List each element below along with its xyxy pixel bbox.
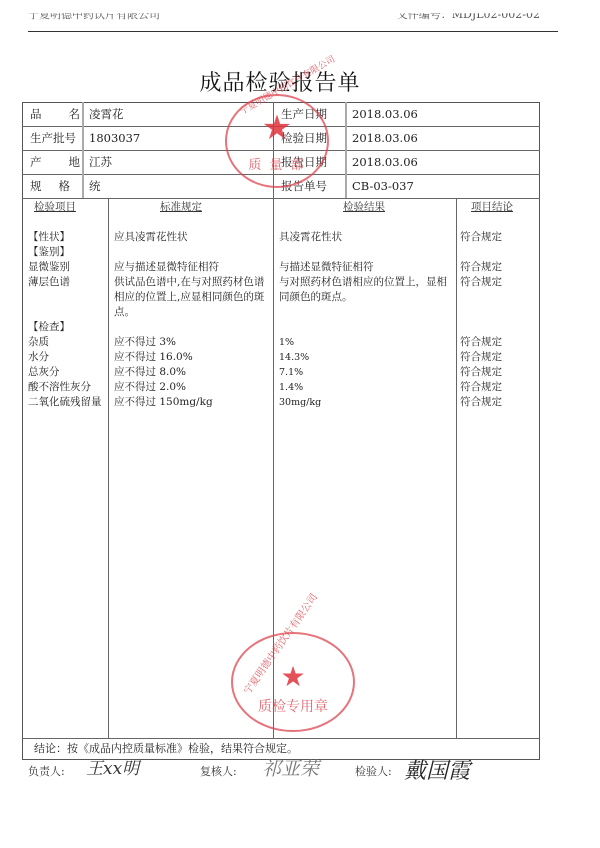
divider [22,198,540,199]
col-header-result: 检验结果 [343,199,385,214]
row-result: 30mg/kg [279,395,447,410]
row-standard [114,245,264,260]
row-result [279,320,447,335]
overall-conclusion: 结论：按《成品内控质量标准》检验，结果符合规定。 [34,740,298,756]
reviewer-signature: 祁亚荣 [262,754,319,781]
responsible-label: 负责人: [28,763,65,779]
row-conclusion [460,290,502,305]
row-result: 14.3% [279,350,447,365]
col-header-item: 检验项目 [34,199,76,214]
col-header-standard: 标准规定 [160,199,202,214]
divider [82,102,84,198]
row-item: 二氧化硫残留量 [28,395,102,410]
spec-label: 规格 [30,174,70,198]
report-no-value: CB-03-037 [352,174,414,198]
quality-dept-stamp: 宁夏明德中药饮片有限公司 ★ 质 量 部 [225,94,329,188]
qc-stamp: 宁夏明德中药饮片有限公司 ★ 质检专用章 [231,632,355,732]
row-item: 总灰分 [28,365,102,380]
row-conclusion: 符合规定 [460,230,502,245]
standards-column: 应具凌霄花性状应与描述显微特征相符供试品色谱中,在与对照药材色谱相应的位置上,应… [114,230,264,410]
inspection-date-value: 2018.03.06 [352,126,418,150]
row-conclusion: 符合规定 [460,275,502,290]
row-conclusion: 符合规定 [460,350,502,365]
row-standard: 相应的位置上,应显相同颜色的斑 [114,290,264,305]
row-standard: 点。 [114,305,264,320]
row-standard: 应不得过 8.0% [114,365,264,380]
row-result: 1.4% [279,380,447,395]
row-conclusion: 符合规定 [460,380,502,395]
row-item [28,290,102,305]
row-result: 7.1% [279,365,447,380]
production-date-value: 2018.03.06 [352,102,418,126]
row-item: 杂质 [28,335,102,350]
responsible-signature: 王xx明 [86,754,139,779]
row-conclusion: 符合规定 [460,365,502,380]
row-item: 显微鉴别 [28,260,102,275]
reviewer-label: 复核人: [200,763,237,779]
origin-label: 产地 [30,150,80,174]
stamp-center-text: 质 量 部 [227,154,327,173]
row-result: 同颜色的斑点。 [279,290,447,305]
inspector-signature: 戴国霞 [404,754,470,785]
row-standard: 应与描述显微特征相符 [114,260,264,275]
row-result: 具凌霄花性状 [279,230,447,245]
product-name-label: 品名 [30,102,80,126]
row-item: 酸不溶性灰分 [28,380,102,395]
row-result [279,305,447,320]
origin-value: 江苏 [89,150,112,174]
row-standard: 应不得过 2.0% [114,380,264,395]
inspector-label: 检验人: [355,763,392,779]
row-item: 薄层色谱 [28,275,102,290]
row-result: 与描述显微特征相符 [279,260,447,275]
results-column: 具凌霄花性状与描述显微特征相符与对照药材色谱相应的位置上，显相同颜色的斑点。1%… [279,230,447,410]
row-standard: 应具凌霄花性状 [114,230,264,245]
row-item: 【鉴别】 [28,245,102,260]
row-item: 水分 [28,350,102,365]
company-header: 宁夏明德中药饮片有限公司 [28,6,160,22]
file-number: 文件编号：MDJL02-002-02 [397,6,540,22]
divider [456,198,457,738]
divider [22,738,540,739]
report-date-value: 2018.03.06 [352,150,418,174]
batch-label: 生产批号 [30,126,76,150]
row-standard: 供试品色谱中,在与对照药材色谱 [114,275,264,290]
divider [108,198,109,738]
star-icon: ★ [280,660,305,693]
star-icon: ★ [262,108,292,148]
row-standard: 应不得过 16.0% [114,350,264,365]
row-item: 【检查】 [28,320,102,335]
row-result: 与对照药材色谱相应的位置上，显相 [279,275,447,290]
row-conclusion: 符合规定 [460,395,502,410]
product-name-value: 凌霄花 [89,102,124,126]
row-item [28,305,102,320]
row-standard [114,320,264,335]
row-result [279,245,447,260]
items-column: 【性状】【鉴别】显微鉴别薄层色谱【检查】杂质水分总灰分酸不溶性灰分二氧化硫残留量 [28,230,102,410]
row-conclusion: 符合规定 [460,260,502,275]
row-standard: 应不得过 150mg/kg [114,395,264,410]
row-item: 【性状】 [28,230,102,245]
divider [345,102,347,198]
row-standard: 应不得过 3% [114,335,264,350]
row-conclusion [460,305,502,320]
header-rule [28,31,558,32]
batch-value: 1803037 [89,126,140,150]
row-conclusion [460,245,502,260]
row-result: 1% [279,335,447,350]
row-conclusion: 符合规定 [460,335,502,350]
spec-value: 统 [89,174,101,198]
stamp-center-text: 质检专用章 [233,696,353,716]
row-conclusion [460,320,502,335]
col-header-conclusion: 项目结论 [471,199,513,214]
conclusions-column: 符合规定符合规定符合规定符合规定符合规定符合规定符合规定符合规定 [460,230,502,410]
